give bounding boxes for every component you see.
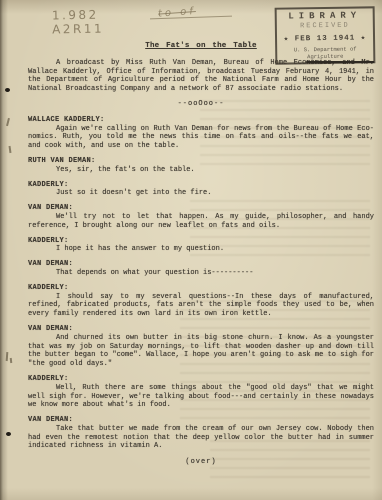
pencil-call-number: 1.982 A2R11	[52, 8, 104, 37]
speaker-name: VAN DEMAN:	[28, 204, 374, 213]
section-separator: --ooOoo--	[28, 100, 374, 109]
speech-text: Just so it doesn't get into the fire.	[28, 189, 374, 198]
speaker-name: KADDERLY:	[28, 375, 374, 384]
speech-text: I hope it has the answer to my question.	[28, 245, 374, 254]
dialogue-block: KADDERLY: Well, Ruth there are some thin…	[28, 375, 374, 410]
document-title: The Fat's on the Table	[28, 42, 374, 51]
speech-text: Well, Ruth there are some things about t…	[28, 384, 374, 410]
speaker-name: VAN DEMAN:	[28, 416, 374, 425]
speech-text: We'll try not to let that happen. As my …	[28, 213, 374, 231]
ink-dot-mark	[6, 432, 11, 436]
dialogue-block: KADDERLY: Just so it doesn't get into th…	[28, 181, 374, 199]
intro-text-post: Wallace Kadderly, Office of Information,…	[28, 68, 374, 94]
speaker-name: WALLACE KADDERLY:	[28, 116, 374, 125]
scanned-document-page: 1.982 A2R11 to of LIBRARY RECEIVED ★ FEB…	[0, 0, 382, 500]
pencil-margin-mark	[10, 358, 12, 363]
speaker-name: VAN DEMAN:	[28, 325, 374, 334]
speech-text: Yes, sir, the fat's on the table.	[28, 166, 374, 175]
speaker-name: RUTH VAN DEMAN:	[28, 157, 374, 166]
speech-text: And churned its own butter in its big st…	[28, 334, 374, 369]
page-turn-note: (over)	[28, 458, 374, 467]
speaker-name: VAN DEMAN:	[28, 260, 374, 269]
dialogue-block: VAN DEMAN: That depends on what your que…	[28, 260, 374, 278]
pencil-margin-mark	[6, 352, 8, 361]
dialogue-block: VAN DEMAN: Take that butter we made from…	[28, 416, 374, 451]
stamp-received-text: RECEIVED	[279, 21, 371, 30]
pencil-margin-mark	[9, 146, 11, 153]
typescript-body: The Fat's on the Table A broadcast by Mi…	[28, 42, 374, 467]
ink-dot-mark	[5, 88, 10, 92]
call-number-line1: 1.982	[52, 8, 104, 23]
intro-text-pre: A broadcast by Miss Ruth Van Deman, Bure…	[56, 59, 306, 67]
call-number-line2: A2R11	[52, 22, 104, 37]
speaker-name: KADDERLY:	[28, 284, 374, 293]
dialogue-block: RUTH VAN DEMAN: Yes, sir, the fat's on t…	[28, 157, 374, 175]
dialogue-block: WALLACE KADDERLY: Again we're calling on…	[28, 116, 374, 151]
dialogue-block: VAN DEMAN: We'll try not to let that hap…	[28, 204, 374, 230]
dialogue-block: KADDERLY: I should say to my several que…	[28, 284, 374, 319]
dialogue-block: VAN DEMAN: And churned its own butter in…	[28, 325, 374, 369]
broadcast-credit-paragraph: A broadcast by Miss Ruth Van Deman, Bure…	[28, 59, 374, 94]
pencil-margin-mark	[6, 118, 9, 126]
speech-text: That depends on what your question is---…	[28, 269, 374, 278]
speech-text: Again we're calling on Ruth Van Deman fo…	[28, 125, 374, 151]
speech-text: I should say to my several questions--In…	[28, 293, 374, 319]
stamp-library-text: LIBRARY	[279, 10, 371, 21]
dialogue-block: KADDERLY: I hope it has the answer to my…	[28, 237, 374, 255]
struck-out-text: nomics, and Mr.	[306, 59, 374, 67]
speech-text: Take that butter we made from the cream …	[28, 425, 374, 451]
